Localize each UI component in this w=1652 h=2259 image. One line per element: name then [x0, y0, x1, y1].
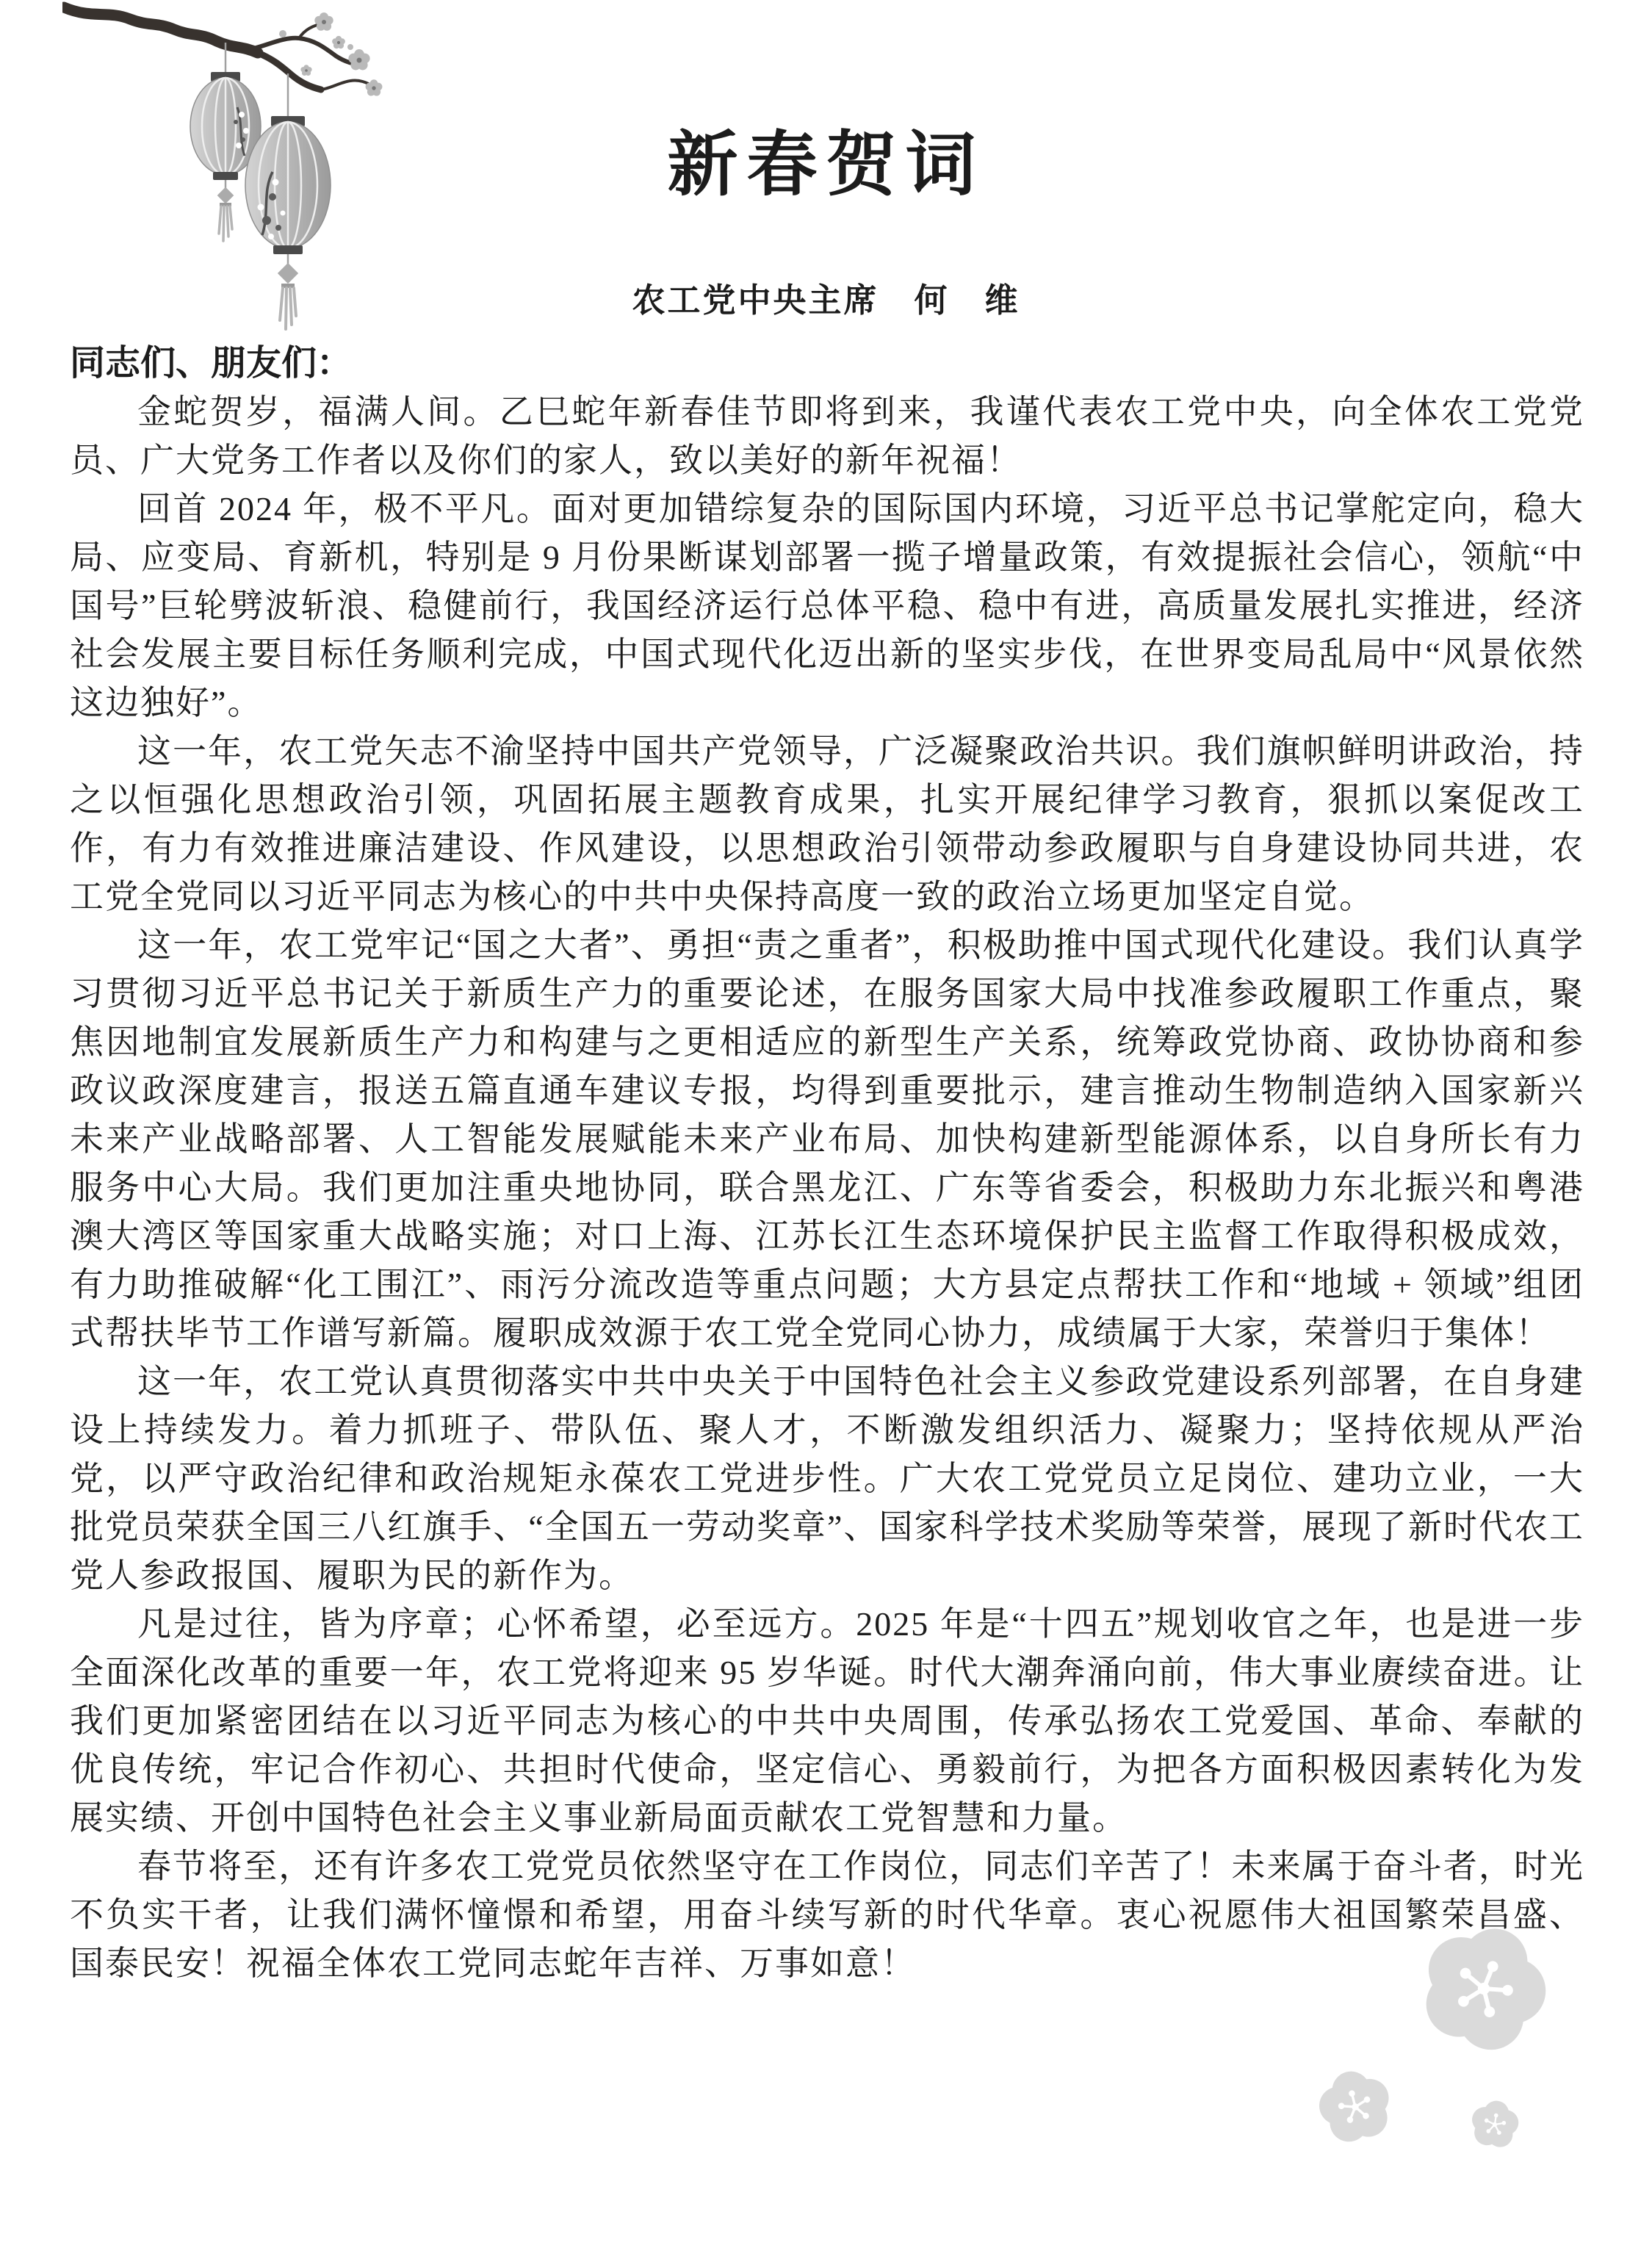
- body-paragraph: 这一年，农工党认真贯彻落实中共中央关于中国特色社会主义参政党建设系列部署，在自身…: [70, 1358, 1584, 1600]
- plum-blossom-icon: [1313, 2064, 1398, 2147]
- salutation: 同志们、朋友们：: [70, 339, 1584, 388]
- body-paragraph: 凡是过往，皆为序章；心怀希望，必至远方。2025 年是“十四五”规划收官之年，也…: [70, 1600, 1584, 1842]
- byline: 农工党中央主席 何 维: [0, 273, 1652, 321]
- page-title: 新春贺词: [0, 126, 1652, 204]
- plum-blossom-decoration: [1285, 1906, 1652, 2259]
- body-paragraph: 回首 2024 年，极不平凡。面对更加错综复杂的国际国内环境，习近平总书记掌舵定…: [70, 485, 1584, 727]
- body-paragraph: 这一年，农工党牢记“国之大者”、勇担“责之重者”，积极助推中国式现代化建设。我们…: [70, 921, 1584, 1358]
- plum-blossom-icon: [1468, 2097, 1521, 2149]
- body-paragraph: 这一年，农工党矢志不渝坚持中国共产党领导，广泛凝聚政治共识。我们旗帜鲜明讲政治，…: [70, 727, 1584, 921]
- body-paragraph: 金蛇贺岁，福满人间。乙巳蛇年新春佳节即将到来，我谨代表农工党中央，向全体农工党党…: [70, 388, 1584, 485]
- document-page: 新春贺词 农工党中央主席 何 维 同志们、朋友们： 金蛇贺岁，福满人间。乙巳蛇年…: [0, 0, 1652, 2259]
- document-body: 同志们、朋友们： 金蛇贺岁，福满人间。乙巳蛇年新春佳节即将到来，我谨代表农工党中…: [70, 339, 1584, 1988]
- plum-blossom-icon: [1407, 1909, 1563, 2064]
